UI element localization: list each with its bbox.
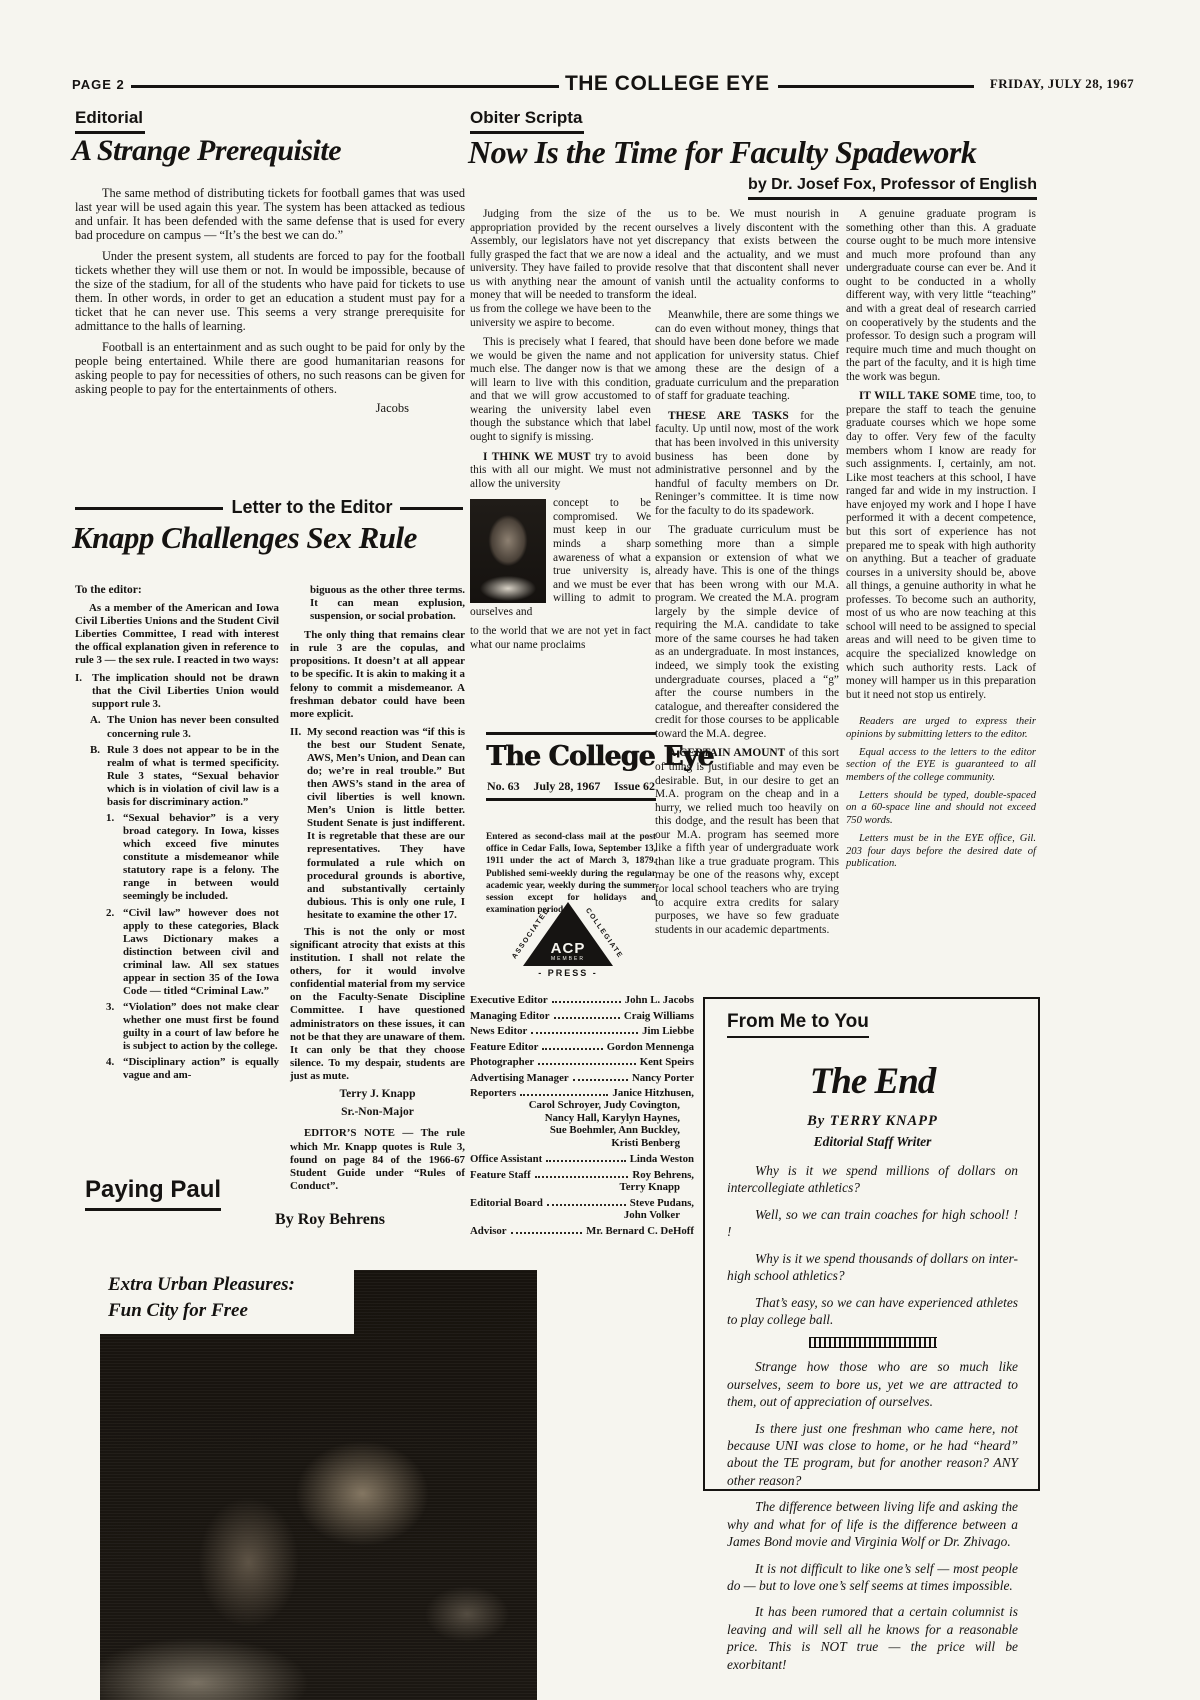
column-paragraph: It has been rumored that a certain colum… (727, 1603, 1018, 1673)
letter-list-item: 4.“Disciplinary action” is equally vague… (106, 1056, 279, 1082)
column-paragraph: Why is it we spend millions of dollars o… (727, 1162, 1018, 1197)
letter-continuation: biguous as the other three terms. It can… (310, 584, 465, 623)
staff-row: Office AssistantLinda Weston (470, 1153, 694, 1165)
dot-leader (542, 1048, 602, 1050)
letter-signature-name: Terry J. Knapp (290, 1088, 465, 1102)
photo-caption-line: Fun City for Free (108, 1298, 348, 1324)
letter-column-2: biguous as the other three terms. It can… (290, 584, 465, 1198)
column-paragraph: That’s easy, so we can have experienced … (727, 1294, 1018, 1329)
the-end-headline: The End (727, 1060, 1018, 1103)
letter-list-item: B.Rule 3 does not appear to be in the re… (90, 744, 279, 809)
staff-row: AdvisorMr. Bernard C. DeHoff (470, 1225, 694, 1237)
spadework-paragraph: A genuine graduate program is something … (846, 208, 1036, 384)
letter-salutation: To the editor: (75, 584, 279, 598)
letter-list-item: A.The Union has never been consulted con… (90, 714, 279, 740)
dot-leader (511, 1232, 583, 1234)
letter-list-item: 1.“Sexual behavior” is a very broad cate… (106, 812, 279, 904)
staff-row: Feature StaffRoy Behrens, Terry Knapp (470, 1169, 694, 1194)
staff-row: Editorial BoardSteve Pudans, John Volker (470, 1197, 694, 1222)
staff-row: Feature EditorGordon Mennenga (470, 1041, 694, 1053)
newspaper-title: THE COLLEGE EYE (565, 72, 770, 96)
spadework-paragraph: The graduate curriculum must be somethin… (655, 524, 839, 741)
letter-signature-title: Sr.-Non-Major (290, 1106, 465, 1120)
spadework-headline: Now Is the Time for Faculty Spadework (468, 134, 1043, 171)
spadework-column-2: us to be. We must nourish in ourselves a… (655, 208, 839, 943)
dot-leader (535, 1176, 629, 1178)
section-divider (809, 1337, 937, 1348)
spadework-paragraph: THESE ARE TASKS for the faculty. Up unti… (655, 410, 839, 519)
masthead-name: The College Eye (486, 741, 656, 772)
spadework-paragraph: A CERTAIN AMOUNT of this sort of thing i… (655, 747, 839, 937)
letter-list-item: II.My second reaction was “if this is th… (290, 726, 465, 922)
column-paragraph: Is there just one freshman who came here… (727, 1420, 1018, 1490)
spadework-paragraph: us to be. We must nourish in ourselves a… (655, 208, 839, 303)
editorial-paragraph: Football is an entertainment and as such… (75, 340, 465, 396)
letter-kicker-label: Letter to the Editor (231, 497, 392, 518)
staff-row: Advertising ManagerNancy Porter (470, 1072, 694, 1084)
editorial-headline: A Strange Prerequisite (72, 134, 341, 168)
photo-caption-line: Extra Urban Pleasures: (108, 1272, 348, 1298)
dot-leader (531, 1032, 638, 1034)
header-rule-left (131, 85, 559, 88)
letter-kicker: Letter to the Editor (75, 497, 463, 518)
editorial-paragraph: The same method of distributing tickets … (75, 186, 465, 242)
staff-row: News EditorJim Liebbe (470, 1025, 694, 1037)
spadework-paragraph: IT WILL TAKE SOME time, too, to prepare … (846, 390, 1036, 702)
paying-paul-headline: Paying Paul (85, 1176, 221, 1211)
masthead-issue: Issue 62 (614, 779, 655, 794)
column-paragraph: Strange how those who are so much like o… (727, 1358, 1018, 1410)
the-end-byline-title: Editorial Staff Writer (727, 1134, 1018, 1150)
column-paragraph: Why is it we spend thousands of dollars … (727, 1250, 1018, 1285)
masthead-number: No. 63 (487, 779, 520, 794)
from-me-to-you-box: From Me to You The End By TERRY KNAPP Ed… (703, 997, 1040, 1491)
spadework-column-1: Judging from the size of the appropriati… (470, 208, 651, 658)
spadework-paragraph: Meanwhile, there are some things we can … (655, 309, 839, 404)
staff-list: Executive EditorJohn L. Jacobs Managing … (470, 994, 694, 1241)
photo-caption: Extra Urban Pleasures: Fun City for Free (100, 1270, 354, 1334)
josef-fox-portrait-photo (470, 499, 546, 603)
letter-paragraph: As a member of the American and Iowa Civ… (75, 602, 279, 667)
issue-date: FRIDAY, JULY 28, 1967 (990, 76, 1134, 92)
newspaper-page: PAGE 2 THE COLLEGE EYE FRIDAY, JULY 28, … (0, 0, 1200, 1700)
header-rule-right (778, 85, 974, 88)
letter-rule-left (75, 507, 223, 510)
editors-note: EDITOR’S NOTE — The rule which Mr. Knapp… (290, 1127, 465, 1192)
from-me-to-you-kicker: From Me to You (727, 1011, 869, 1038)
letter-rule-right (400, 507, 463, 510)
spadework-paragraph: to the world that we are not yet in fact… (470, 625, 651, 652)
spadework-column-3: A genuine graduate program is something … (846, 208, 1036, 876)
dot-leader (538, 1063, 636, 1065)
acp-initials: ACP (516, 940, 620, 957)
dot-leader (546, 1160, 625, 1162)
spadework-paragraph: I THINK WE MUST try to avoid this with a… (470, 451, 651, 492)
spadework-paragraph: Judging from the size of the appropriati… (470, 208, 651, 330)
dot-leader (554, 1017, 620, 1019)
spadework-paragraph-wrap: concept to be compromised. We must keep … (470, 497, 651, 619)
spadework-byline: by Dr. Josef Fox, Professor of English (600, 176, 1037, 200)
dot-leader (520, 1094, 608, 1096)
letter-list-item: 2.“Civil law” however does not apply to … (106, 907, 279, 999)
letter-paragraph: The only thing that remains clear in rul… (290, 629, 465, 721)
column-paragraph: It is not difficult to like one’s self —… (727, 1560, 1018, 1595)
letter-headline: Knapp Challenges Sex Rule (72, 520, 417, 556)
dot-leader (552, 1001, 621, 1003)
acp-press-label: - PRESS - (516, 968, 620, 978)
editorial-paragraph: Under the present system, all students a… (75, 249, 465, 333)
the-end-body: Why is it we spend millions of dollars o… (727, 1162, 1018, 1673)
fun-city-photo: Extra Urban Pleasures: Fun City for Free (100, 1270, 537, 1700)
letter-list-item: I.The implication should not be drawn th… (75, 672, 279, 711)
staff-row: Managing EditorCraig Williams (470, 1010, 694, 1022)
masthead-date: July 28, 1967 (533, 779, 600, 794)
letter-list-item: 3.“Violation” does not make clear whethe… (106, 1001, 279, 1053)
the-end-byline: By TERRY KNAPP (727, 1113, 1018, 1130)
editorial-signature: Jacobs (75, 401, 465, 415)
acp-press-logo: ASSOCIATED COLLEGIATE ACP MEMBER - PRESS… (516, 900, 620, 984)
letter-body: To the editor: As a member of the Americ… (75, 584, 465, 1198)
column-paragraph: Well, so we can train coaches for high s… (727, 1206, 1018, 1241)
letters-policy-note: Readers are urged to express their opini… (846, 716, 1036, 871)
masthead-issue-row: No. 63 July 28, 1967 Issue 62 (486, 779, 656, 794)
dot-leader (573, 1079, 628, 1081)
obiter-scripta-kicker: Obiter Scripta (470, 108, 584, 134)
letter-column-1: To the editor: As a member of the Americ… (75, 584, 279, 1198)
letter-paragraph: This is not the only or most significant… (290, 926, 465, 1083)
dot-leader (547, 1204, 626, 1206)
page-header: PAGE 2 THE COLLEGE EYE FRIDAY, JULY 28, … (72, 72, 1134, 96)
masthead-nameplate-box: The College Eye No. 63 July 28, 1967 Iss… (486, 732, 656, 801)
staff-row: ReportersJanice Hitzhusen, Carol Schroye… (470, 1087, 694, 1150)
editorial-kicker: Editorial (75, 108, 145, 134)
editorial-body: The same method of distributing tickets … (75, 186, 465, 415)
spadework-paragraph: This is precisely what I feared, that we… (470, 336, 651, 445)
staff-row: Executive EditorJohn L. Jacobs (470, 994, 694, 1006)
page-number: PAGE 2 (72, 77, 125, 92)
column-paragraph: The difference between living life and a… (727, 1498, 1018, 1550)
staff-row: PhotographerKent Speirs (470, 1056, 694, 1068)
acp-member-label: MEMBER (516, 956, 620, 962)
paying-paul-byline: By Roy Behrens (200, 1211, 460, 1229)
